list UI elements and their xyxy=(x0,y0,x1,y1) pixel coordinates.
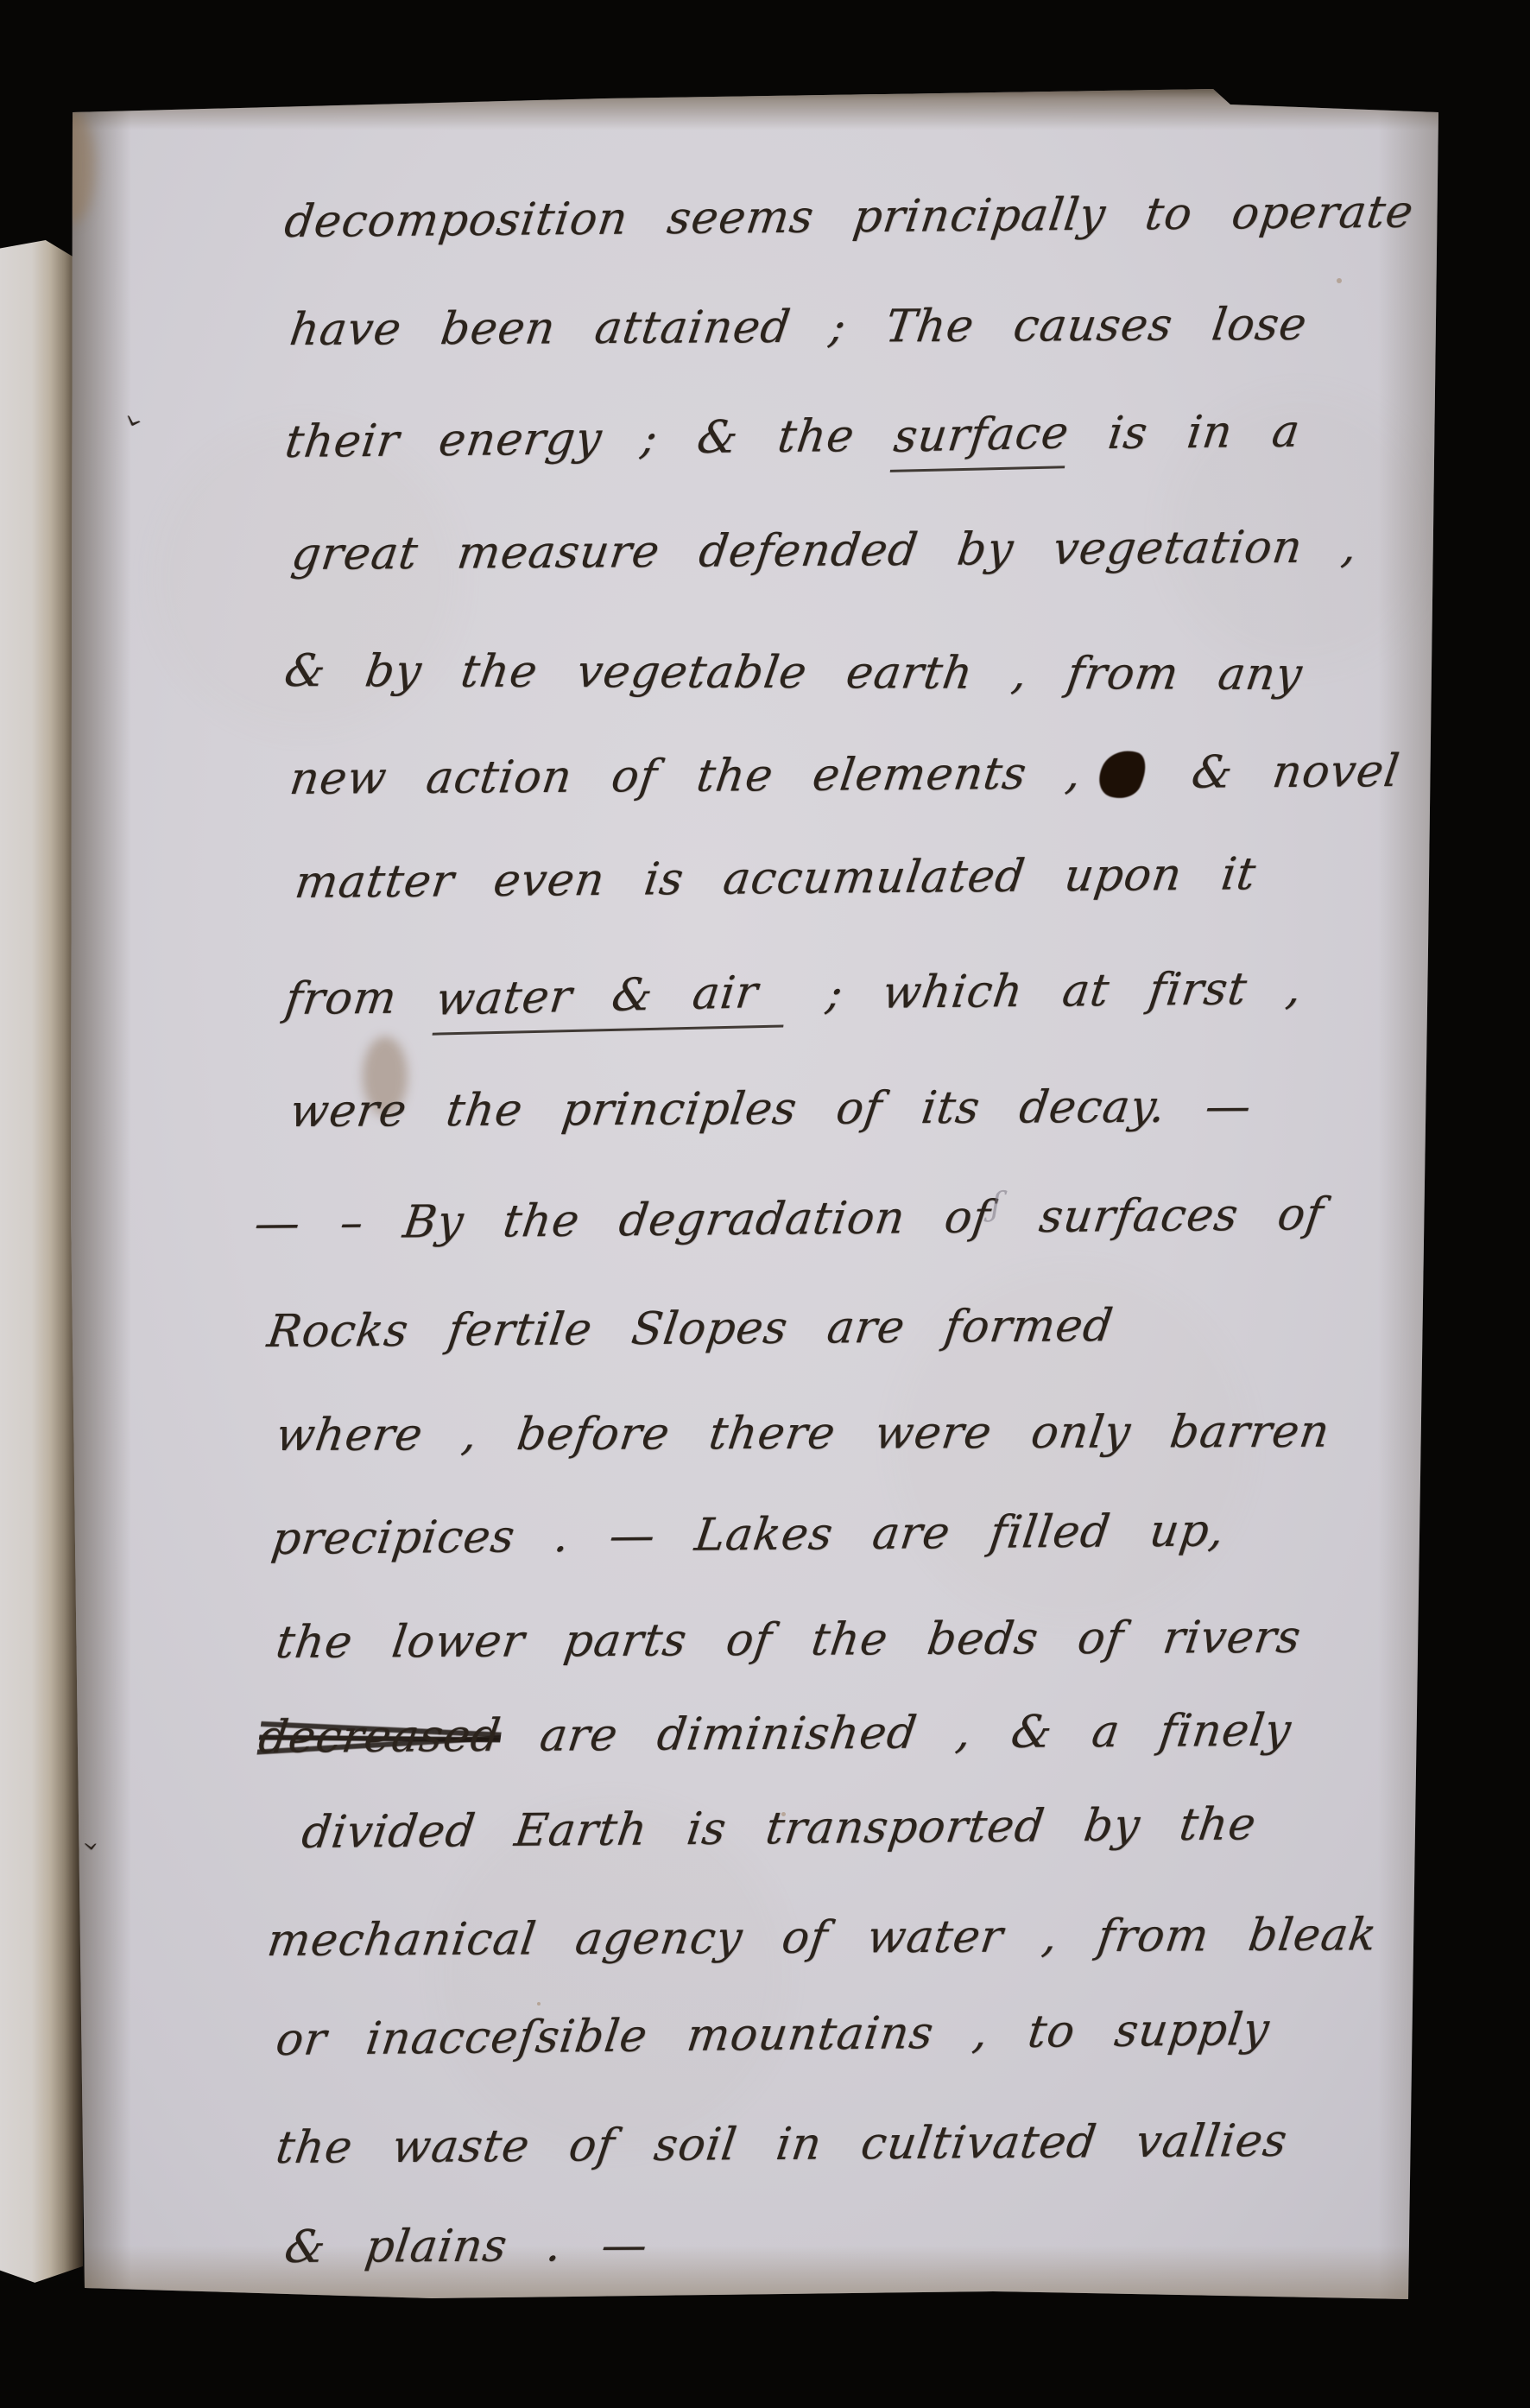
foxing-spot xyxy=(537,2002,541,2006)
manuscript-line: the lower parts of the beds of rivers xyxy=(273,1613,1304,1670)
manuscript-line: new action of the elements , & novel xyxy=(287,746,1403,806)
manuscript-line: from water & air ; which at first , xyxy=(281,964,1305,1035)
line-text: precipices . — Lakes are filled up, xyxy=(269,1505,1228,1565)
page-top-edge-shadow xyxy=(52,79,1468,130)
page-right-edge-shadow xyxy=(1378,111,1442,2304)
struck-out-word: decreased xyxy=(256,1711,504,1765)
line-text: new action of the elements , xyxy=(287,748,1084,805)
line-text: & plains . — xyxy=(281,2220,651,2273)
margin-ink-mark: › xyxy=(116,411,153,433)
line-text: from xyxy=(282,972,440,1025)
foxing-spot xyxy=(1337,278,1342,283)
line-text: where , before there were only barren xyxy=(273,1406,1333,1461)
line-text: — – By the degradation of xyxy=(251,1192,994,1251)
manuscript-line: where , before there were only barren xyxy=(273,1407,1333,1462)
line-text: the lower parts of the beds of rivers xyxy=(273,1612,1304,1669)
manuscript-line: matter even is accumulated upon it xyxy=(292,849,1259,909)
manuscript-line: mechanical agency of water , from bleak xyxy=(264,1910,1381,1968)
line-text: or inacceſsible mountains , to supply xyxy=(273,2004,1273,2066)
manuscript-line: Rocks fertile Slopes are formed xyxy=(264,1301,1116,1359)
book-spine-page-edge xyxy=(0,240,83,2289)
line-text: mechanical agency of water , from bleak xyxy=(264,1909,1381,1967)
line-text: divided Earth is transported by the xyxy=(299,1798,1259,1859)
line-text: Rocks fertile Slopes are formed xyxy=(264,1300,1116,1358)
manuscript-line: decreased are diminished , & a finely xyxy=(256,1706,1294,1765)
line-text: matter even is accumulated upon it xyxy=(292,848,1259,909)
underlined-word: surface xyxy=(890,408,1072,472)
underlined-phrase: water & air xyxy=(432,966,790,1035)
line-text: were the principles of its decay. — xyxy=(287,1080,1255,1137)
manuscript-line: & by the vegetable earth , from any xyxy=(281,646,1306,701)
line-text: & by the vegetable earth , from any xyxy=(281,645,1306,700)
line-text: are diminished , & a finely xyxy=(497,1705,1295,1762)
line-text: the waste of soil in cultivated vallies xyxy=(273,2115,1291,2174)
ink-blot xyxy=(1092,745,1154,804)
photograph-of-manuscript: › › decomposition seems principally to o… xyxy=(0,0,1530,2408)
line-text: & novel xyxy=(1149,745,1403,799)
manuscript-line: were the principles of its decay. — xyxy=(287,1081,1255,1138)
line-text: surfaces of xyxy=(996,1188,1327,1243)
manuscript-line: great measure defended by vegetation , xyxy=(288,522,1361,580)
line-text: their energy ; & the xyxy=(282,410,898,468)
line-text: is in a xyxy=(1065,406,1304,460)
manuscript-line: — – By the degradation ofʃ surfaces of xyxy=(251,1189,1326,1251)
manuscript-line: decomposition seems principally to opera… xyxy=(281,187,1417,249)
line-text: great measure defended by vegetation , xyxy=(288,521,1361,580)
manuscript-line: have been attained ; The causes lose xyxy=(287,300,1310,357)
line-text: decomposition seems principally to opera… xyxy=(281,187,1417,248)
manuscript-line: & plains . — xyxy=(281,2221,651,2274)
manuscript-line: their energy ; & the surface is in a xyxy=(281,407,1303,478)
manuscript-line: the waste of soil in cultivated vallies xyxy=(273,2116,1291,2175)
manuscript-line: or inacceſsible mountains , to supply xyxy=(273,2005,1273,2067)
manuscript-line: divided Earth is transported by the xyxy=(299,1799,1259,1860)
line-text: ; which at first , xyxy=(784,963,1306,1020)
margin-ink-mark: › xyxy=(76,1839,108,1854)
corner-stain xyxy=(50,111,95,223)
line-text: have been attained ; The causes lose xyxy=(287,299,1310,356)
manuscript-page: › › decomposition seems principally to o… xyxy=(0,0,1530,2408)
page-bottom-edge-shadow xyxy=(78,2246,1412,2301)
manuscript-line: precipices . — Lakes are filled up, xyxy=(269,1505,1228,1565)
